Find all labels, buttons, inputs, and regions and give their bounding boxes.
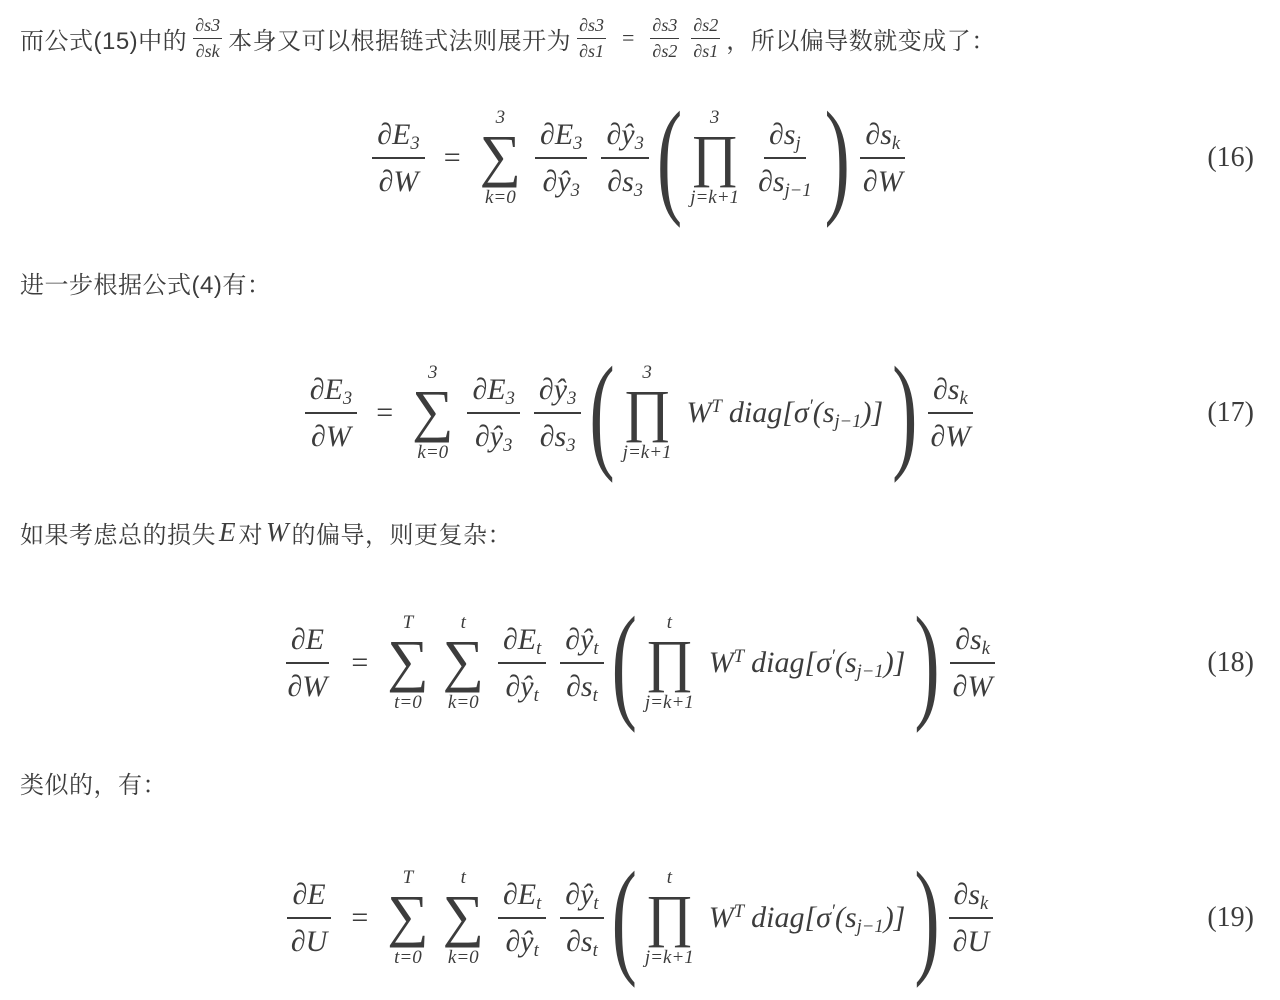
fraction-denominator: ∂ŷ3 bbox=[538, 159, 585, 198]
equation-number: (16) bbox=[1207, 142, 1254, 174]
sum-operator-outer: T ∑ t=0 bbox=[387, 867, 428, 968]
fraction-denominator: ∂W bbox=[925, 414, 975, 453]
pi-icon: ∏ bbox=[691, 129, 739, 187]
equation-19: ∂E ∂U = T ∑ t=0 t ∑ k=0 ∂Et ∂ŷt ∂ŷt ∂st … bbox=[0, 853, 1280, 983]
fraction-dy3-ds3: ∂ŷ3 ∂s3 bbox=[534, 373, 581, 453]
text-segment: 类似的，有： bbox=[20, 765, 167, 800]
text-segment: 进一步根据公式(4)有： bbox=[20, 265, 271, 300]
left-paren: ( bbox=[657, 111, 682, 204]
fraction-denominator: ∂U bbox=[948, 919, 995, 958]
fraction-denominator: ∂U bbox=[286, 919, 333, 958]
equation-number: (18) bbox=[1207, 647, 1254, 679]
fraction-denominator: ∂sk bbox=[194, 39, 222, 62]
text-segment: 如果考虑总的损失 bbox=[20, 515, 216, 550]
fraction-denominator: ∂s3 bbox=[602, 159, 648, 198]
fraction-numerator: ∂E3 bbox=[372, 118, 424, 159]
fraction-denominator: ∂W bbox=[374, 159, 424, 198]
fraction-dE3-dy3: ∂E3 ∂ŷ3 bbox=[535, 118, 587, 198]
fraction-dsk-dW: ∂sk ∂W bbox=[948, 623, 998, 703]
fraction-dEt-dyt: ∂Et ∂ŷt bbox=[498, 878, 546, 958]
fraction-denominator: ∂sj−1 bbox=[753, 159, 817, 198]
lhs-fraction: ∂E3 ∂W bbox=[305, 373, 357, 453]
fraction-dsk-dW: ∂sk ∂W bbox=[925, 373, 975, 453]
fraction-numerator: ∂sk bbox=[950, 623, 995, 664]
fraction-dEt-dyt: ∂Et ∂ŷt bbox=[498, 623, 546, 703]
fraction-denominator: ∂st bbox=[561, 919, 603, 958]
product-operator: t ∏ j=k+1 bbox=[645, 612, 694, 713]
fraction-numerator: ∂E3 bbox=[467, 373, 519, 414]
fraction-numerator: ∂Et bbox=[498, 623, 546, 664]
inline-fraction-ds3-dsk: ∂s3 ∂sk bbox=[193, 15, 222, 61]
product-lower-limit: j=k+1 bbox=[690, 187, 739, 209]
equals-sign: = bbox=[622, 25, 634, 51]
sigma-icon: ∑ bbox=[387, 889, 428, 947]
left-paren: ( bbox=[612, 871, 637, 964]
inline-fraction-ds2-ds1: ∂s2 ∂s1 bbox=[691, 15, 720, 61]
inline-fraction-ds3-ds1: ∂s3 ∂s1 bbox=[577, 15, 606, 61]
fraction-numerator: ∂ŷ3 bbox=[534, 373, 581, 414]
fraction-dE3-dy3: ∂E3 ∂ŷ3 bbox=[467, 373, 519, 453]
sum-lower-limit: k=0 bbox=[448, 692, 479, 714]
pi-icon: ∏ bbox=[623, 384, 671, 442]
fraction-numerator: ∂ŷt bbox=[560, 623, 603, 664]
jacobian-term: WTdiag[σ′(sj−1)] bbox=[687, 396, 884, 430]
equation-16: ∂E3 ∂W = 3 ∑ k=0 ∂E3 ∂ŷ3 ∂ŷ3 ∂s3 ( 3 ∏ j… bbox=[0, 93, 1280, 223]
inline-fraction-ds3-ds2: ∂s3 ∂s2 bbox=[650, 15, 679, 61]
sigma-icon: ∑ bbox=[480, 129, 521, 187]
fraction-denominator: ∂ŷ3 bbox=[470, 414, 517, 453]
text-segment: 而公式(15)中的 bbox=[20, 21, 187, 56]
sum-lower-limit: t=0 bbox=[394, 692, 422, 714]
fraction-dsj-dsj1: ∂sj ∂sj−1 bbox=[753, 118, 817, 198]
sum-operator-outer: T ∑ t=0 bbox=[387, 612, 428, 713]
fraction-numerator: ∂E bbox=[287, 878, 330, 919]
product-operator: 3 ∏ j=k+1 bbox=[690, 107, 739, 208]
fraction-denominator: ∂s3 bbox=[535, 414, 581, 453]
sum-operator-inner: t ∑ k=0 bbox=[443, 612, 484, 713]
sigma-icon: ∑ bbox=[443, 634, 484, 692]
left-paren: ( bbox=[612, 616, 637, 709]
equation-number: (19) bbox=[1207, 902, 1254, 934]
product-lower-limit: j=k+1 bbox=[623, 442, 672, 464]
paragraph-similarly: 类似的，有： bbox=[20, 764, 167, 800]
sum-lower-limit: k=0 bbox=[485, 187, 516, 209]
sum-lower-limit: k=0 bbox=[417, 442, 448, 464]
right-paren: ) bbox=[914, 871, 939, 964]
equals-sign: = bbox=[351, 646, 368, 680]
sum-lower-limit: t=0 bbox=[394, 947, 422, 969]
fraction-denominator: ∂ŷt bbox=[500, 919, 543, 958]
fraction-numerator: ∂ŷ3 bbox=[601, 118, 648, 159]
right-paren: ) bbox=[914, 616, 939, 709]
math-var-E: E bbox=[216, 517, 239, 548]
fraction-dsk-dU: ∂sk ∂U bbox=[948, 878, 995, 958]
pi-icon: ∏ bbox=[645, 889, 693, 947]
fraction-dyt-dst: ∂ŷt ∂st bbox=[560, 623, 603, 703]
fraction-denominator: ∂W bbox=[306, 414, 356, 453]
sigma-icon: ∑ bbox=[412, 384, 453, 442]
fraction-numerator: ∂s3 bbox=[577, 15, 606, 39]
fraction-denominator: ∂s2 bbox=[650, 39, 679, 62]
fraction-numerator: ∂E3 bbox=[305, 373, 357, 414]
fraction-numerator: ∂sk bbox=[949, 878, 994, 919]
fraction-denominator: ∂ŷt bbox=[500, 664, 543, 703]
lhs-fraction: ∂E3 ∂W bbox=[372, 118, 424, 198]
equals-sign: = bbox=[351, 901, 368, 935]
fraction-denominator: ∂W bbox=[948, 664, 998, 703]
fraction-numerator: ∂ŷt bbox=[560, 878, 603, 919]
sum-operator: 3 ∑ k=0 bbox=[412, 362, 453, 463]
paragraph-total-loss: 如果考虑总的损失 E 对 W 的偏导，则更复杂： bbox=[20, 514, 512, 550]
sum-lower-limit: k=0 bbox=[448, 947, 479, 969]
lhs-fraction: ∂E ∂U bbox=[286, 878, 333, 958]
jacobian-term: WTdiag[σ′(sj−1)] bbox=[709, 646, 906, 680]
equals-sign: = bbox=[444, 141, 461, 175]
math-var-W: W bbox=[263, 517, 292, 548]
sum-operator-inner: t ∑ k=0 bbox=[443, 867, 484, 968]
fraction-numerator: ∂E3 bbox=[535, 118, 587, 159]
fraction-numerator: ∂E bbox=[286, 623, 329, 664]
text-segment: 对 bbox=[239, 515, 264, 550]
paragraph-formula-4: 进一步根据公式(4)有： bbox=[20, 264, 271, 300]
sum-operator: 3 ∑ k=0 bbox=[480, 107, 521, 208]
fraction-denominator: ∂s1 bbox=[691, 39, 720, 62]
product-operator: 3 ∏ j=k+1 bbox=[623, 362, 672, 463]
fraction-denominator: ∂st bbox=[561, 664, 603, 703]
equation-17: ∂E3 ∂W = 3 ∑ k=0 ∂E3 ∂ŷ3 ∂ŷ3 ∂s3 ( 3 ∏ j… bbox=[0, 348, 1280, 478]
fraction-denominator: ∂W bbox=[858, 159, 908, 198]
fraction-numerator: ∂s2 bbox=[691, 15, 720, 39]
fraction-numerator: ∂s3 bbox=[193, 15, 222, 39]
right-paren: ) bbox=[892, 366, 917, 459]
equals-sign: = bbox=[376, 396, 393, 430]
fraction-numerator: ∂sk bbox=[860, 118, 905, 159]
pi-icon: ∏ bbox=[645, 634, 693, 692]
fraction-numerator: ∂s3 bbox=[650, 15, 679, 39]
text-segment: 本身又可以根据链式法则展开为 bbox=[228, 21, 571, 56]
fraction-dy3-ds3: ∂ŷ3 ∂s3 bbox=[601, 118, 648, 198]
fraction-numerator: ∂Et bbox=[498, 878, 546, 919]
fraction-denominator: ∂W bbox=[282, 664, 332, 703]
product-lower-limit: j=k+1 bbox=[645, 947, 694, 969]
sigma-icon: ∑ bbox=[443, 889, 484, 947]
fraction-dyt-dst: ∂ŷt ∂st bbox=[560, 878, 603, 958]
paragraph-intro-chain-rule: 而公式(15)中的 ∂s3 ∂sk 本身又可以根据链式法则展开为 ∂s3 ∂s1… bbox=[20, 8, 996, 68]
left-paren: ( bbox=[589, 366, 614, 459]
jacobian-term: WTdiag[σ′(sj−1)] bbox=[709, 901, 906, 935]
lhs-fraction: ∂E ∂W bbox=[282, 623, 332, 703]
product-lower-limit: j=k+1 bbox=[645, 692, 694, 714]
equation-number: (17) bbox=[1207, 397, 1254, 429]
right-paren: ) bbox=[825, 111, 850, 204]
fraction-numerator: ∂sj bbox=[764, 118, 806, 159]
fraction-numerator: ∂sk bbox=[928, 373, 973, 414]
sigma-icon: ∑ bbox=[387, 634, 428, 692]
fraction-dsk-dW: ∂sk ∂W bbox=[858, 118, 908, 198]
product-operator: t ∏ j=k+1 bbox=[645, 867, 694, 968]
text-segment: 的偏导，则更复杂： bbox=[292, 515, 513, 550]
fraction-denominator: ∂s1 bbox=[577, 39, 606, 62]
text-segment: ，所以偏导数就变成了： bbox=[726, 21, 996, 56]
equation-18: ∂E ∂W = T ∑ t=0 t ∑ k=0 ∂Et ∂ŷt ∂ŷt ∂st … bbox=[0, 598, 1280, 728]
